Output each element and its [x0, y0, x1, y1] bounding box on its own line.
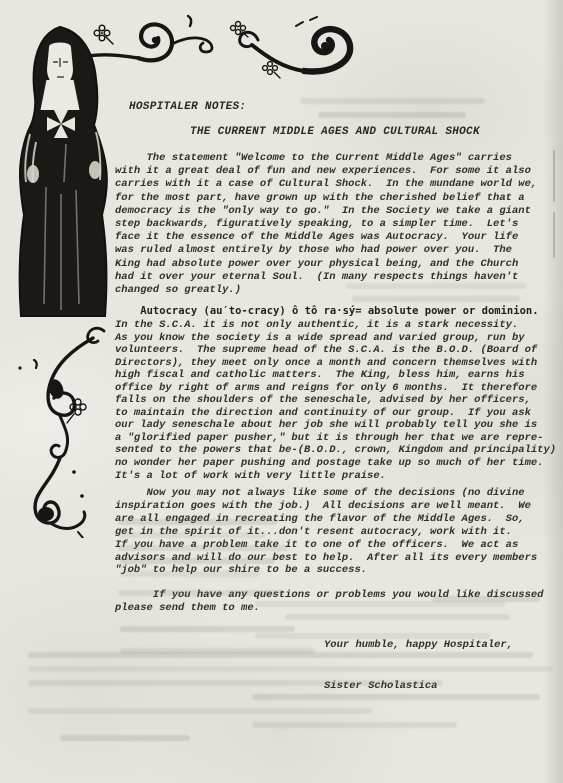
paragraph-2: In the S.C.A. it is not only authentic, … — [115, 319, 556, 482]
bleed-through-line — [345, 283, 527, 289]
bleed-through-line — [120, 626, 295, 632]
bleed-through-line — [118, 590, 283, 596]
article-title: THE CURRENT MIDDLE AGES AND CULTURAL SHO… — [190, 126, 480, 138]
bleed-through-line — [285, 614, 510, 620]
autocracy-definition-line: Autocracy (au′to-cracy) ô tô ra·sý= abso… — [115, 305, 539, 317]
bleed-through-line — [255, 601, 505, 607]
swirl-flourish-illustration — [72, 6, 382, 90]
bleed-through-line — [300, 98, 485, 104]
section-label: HOSPITALER NOTES: — [129, 101, 246, 113]
paragraph-1: The statement "Welcome to the Current Mi… — [115, 152, 537, 297]
nun-wimple — [40, 80, 80, 110]
signature-role: Your humble, happy Hospitaler, — [324, 639, 513, 653]
bleed-through-line — [318, 112, 466, 118]
nun-illustration — [6, 22, 118, 324]
bleed-through-line — [255, 633, 490, 639]
bleed-through-line — [120, 558, 275, 564]
bleed-through-line — [28, 652, 533, 658]
bleed-through-line — [352, 296, 520, 302]
flower-doodle — [231, 22, 249, 38]
scan-edge-mark — [553, 150, 555, 202]
nun-hand — [89, 161, 101, 179]
nun-hand — [27, 165, 39, 183]
bleed-through-line — [28, 680, 443, 686]
bleed-through-line — [60, 735, 190, 741]
bleed-through-line — [28, 708, 373, 714]
flower-doodle — [67, 399, 86, 423]
scan-edge-shadow — [543, 0, 563, 783]
bleed-through-line — [118, 519, 278, 525]
bleed-through-line — [118, 532, 266, 538]
scan-edge-mark — [553, 212, 555, 258]
scanned-page: HOSPITALER NOTES: THE CURRENT MIDDLE AGE… — [0, 0, 563, 783]
vine-flourish-illustration — [8, 326, 116, 538]
bleed-through-line — [118, 545, 288, 551]
bleed-through-line — [252, 694, 540, 700]
bleed-through-line — [252, 722, 457, 728]
bleed-through-line — [28, 666, 553, 672]
bleed-through-line — [120, 571, 260, 577]
